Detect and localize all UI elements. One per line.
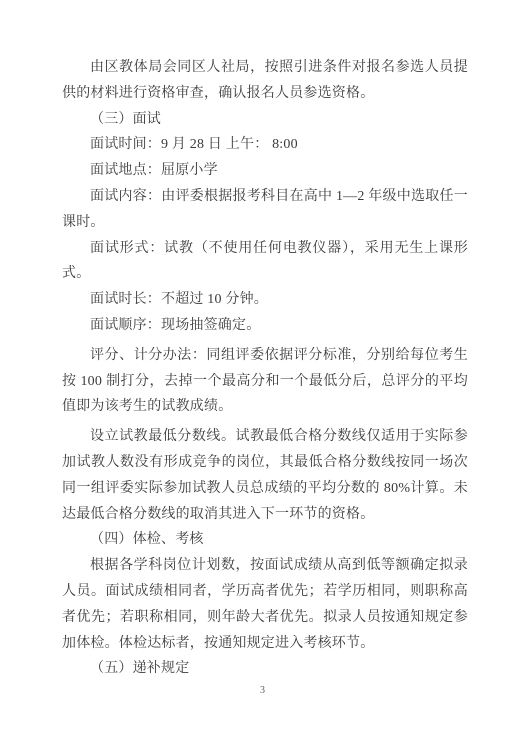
section-heading: （三）面试 <box>62 107 468 133</box>
paragraph: 面试时间：9 月 28 日 上午： 8:00 <box>62 132 468 158</box>
section-heading: （五）递补规定 <box>62 656 468 682</box>
paragraph: 面试地点：屈原小学 <box>62 158 468 184</box>
document-body: 由区教体局会同区人社局，按照引进条件对报名参选人员提供的材料进行资格审查，确认报… <box>62 55 468 682</box>
paragraph: 根据各学科岗位计划数，按面试成绩从高到低等额确定拟录人员。面试成绩相同者，学历高… <box>62 553 468 656</box>
paragraph: 面试顺序：现场抽签确定。 <box>62 313 468 339</box>
paragraph: 面试形式：试教（不使用任何电教仪器），采用无生上课形式。 <box>62 236 468 288</box>
section-heading: （四）体检、考核 <box>62 527 468 553</box>
page-number: 3 <box>0 685 525 696</box>
paragraph: 评分、计分办法：同组评委依据评分标准，分别给每位考生按 100 制打分，去掉一个… <box>62 343 468 420</box>
document-page: 由区教体局会同区人社局，按照引进条件对报名参选人员提供的材料进行资格审查，确认报… <box>0 0 525 743</box>
paragraph: 由区教体局会同区人社局，按照引进条件对报名参选人员提供的材料进行资格审查，确认报… <box>62 55 468 107</box>
paragraph: 面试时长：不超过 10 分钟。 <box>62 287 468 313</box>
paragraph: 面试内容：由评委根据报考科目在高中 1—2 年级中选取任一课时。 <box>62 184 468 236</box>
paragraph: 设立试教最低分数线。试教最低合格分数线仅适用于实际参加试教人数没有形成竞争的岗位… <box>62 424 468 527</box>
